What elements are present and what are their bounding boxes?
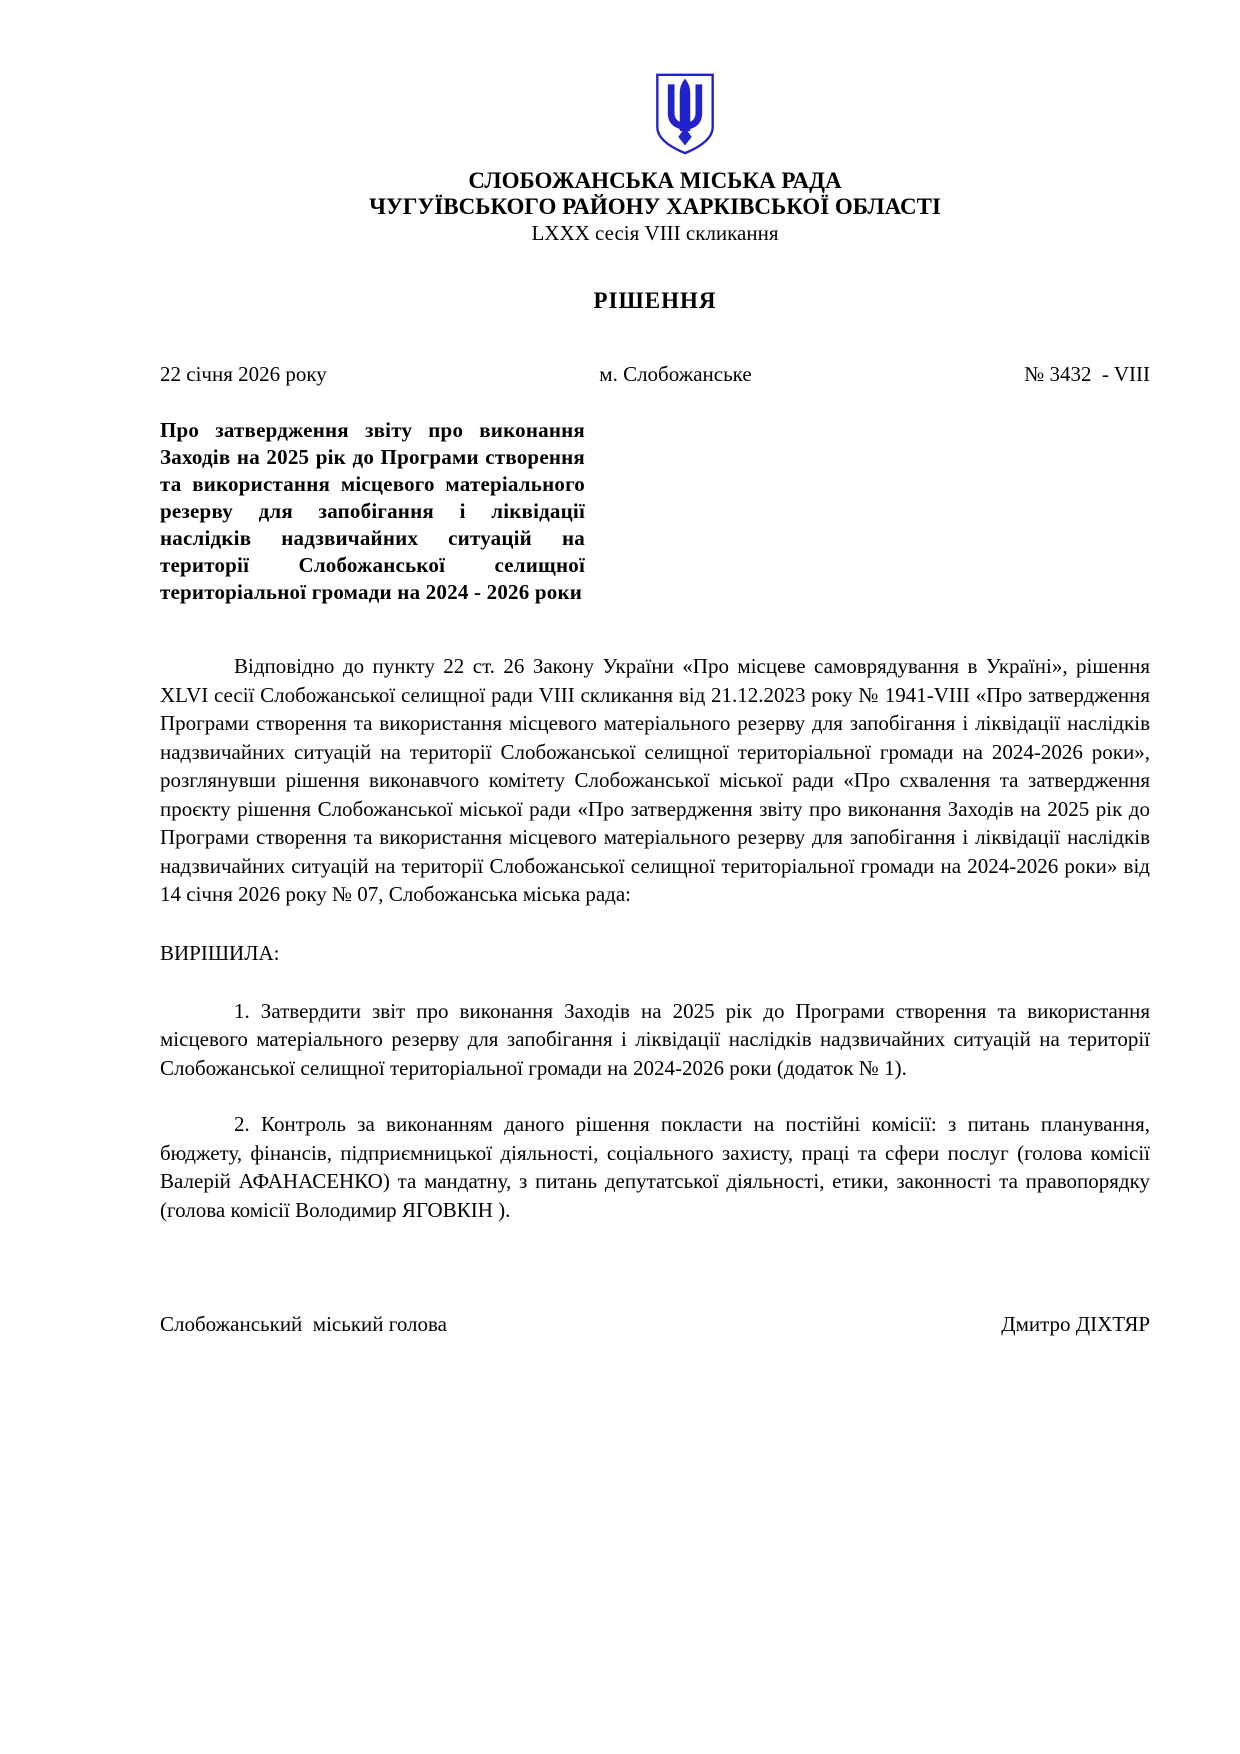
- resolution-item-2: 2. Контроль за виконанням даного рішення…: [160, 1110, 1150, 1224]
- resolution-item-1: 1. Затвердити звіт про виконання Заходів…: [160, 997, 1150, 1083]
- signer-position: Слобожанський міський голова: [160, 1312, 447, 1337]
- ukraine-trident-icon: [654, 72, 716, 156]
- document-subject: Про затвердження звіту про виконання Зах…: [160, 417, 585, 606]
- decision-document-page: СЛОБОЖАНСЬКА МІСЬКА РАДА ЧУГУЇВСЬКОГО РА…: [0, 0, 1240, 1754]
- signature-row: Слобожанський міський голова Дмитро ДІХТ…: [160, 1312, 1150, 1337]
- document-number: № 3432 - VIII: [1024, 362, 1150, 387]
- document-type-title: РІШЕННЯ: [160, 288, 1150, 314]
- emblem-container: [160, 72, 1150, 156]
- document-meta-row: 22 січня 2026 року м. Слобожанське № 343…: [160, 362, 1150, 387]
- document-place: м. Слобожанське: [327, 362, 1024, 387]
- organization-region: ЧУГУЇВСЬКОГО РАЙОНУ ХАРКІВСЬКОЇ ОБЛАСТІ: [160, 194, 1150, 220]
- signer-name: Дмитро ДІХТЯР: [1001, 1312, 1150, 1337]
- organization-name: СЛОБОЖАНСЬКА МІСЬКА РАДА: [160, 168, 1150, 194]
- document-date: 22 січня 2026 року: [160, 362, 327, 387]
- resolved-label: ВИРІШИЛА:: [160, 939, 1150, 967]
- preamble-paragraph: Відповідно до пункту 22 ст. 26 Закону Ук…: [160, 652, 1150, 909]
- session-line: LXXX сесія VIII скликання: [160, 220, 1150, 246]
